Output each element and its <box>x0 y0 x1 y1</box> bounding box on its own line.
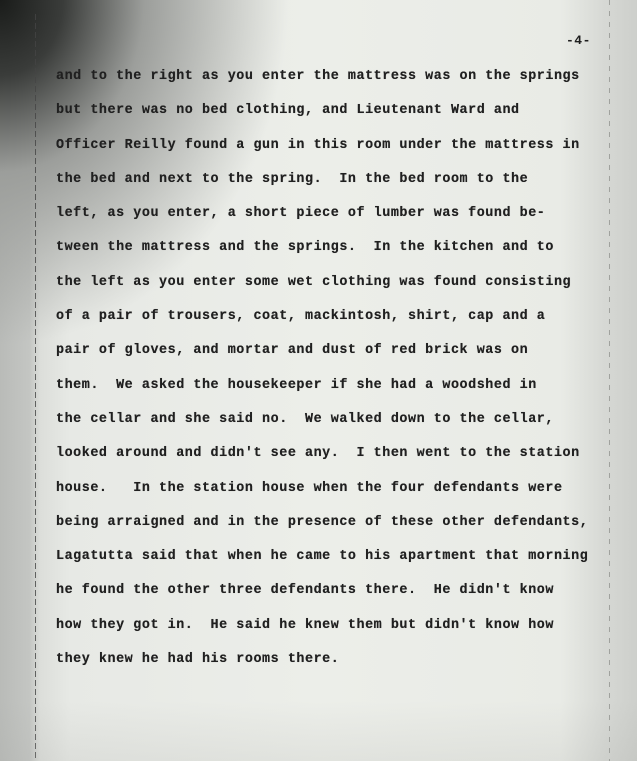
text-line: house. In the station house when the fou… <box>56 479 616 513</box>
text-line: of a pair of trousers, coat, mackintosh,… <box>56 307 616 341</box>
text-line: they knew he had his rooms there. <box>56 650 616 684</box>
text-line: the bed and next to the spring. In the b… <box>56 170 616 204</box>
text-line: he found the other three defendants ther… <box>56 581 616 615</box>
typewritten-body: and to the right as you enter the mattre… <box>56 67 616 684</box>
text-line: but there was no bed clothing, and Lieut… <box>56 101 616 135</box>
text-line: left, as you enter, a short piece of lum… <box>56 204 616 238</box>
text-line: Lagatutta said that when he came to his … <box>56 547 616 581</box>
page-number: -4- <box>566 33 591 48</box>
text-line: the cellar and she said no. We walked do… <box>56 410 616 444</box>
text-line: Officer Reilly found a gun in this room … <box>56 136 616 170</box>
scanned-document-page: -4- and to the right as you enter the ma… <box>0 0 637 761</box>
text-line: the left as you enter some wet clothing … <box>56 273 616 307</box>
text-line: how they got in. He said he knew them bu… <box>56 616 616 650</box>
left-margin-rule <box>35 14 36 761</box>
text-line: them. We asked the housekeeper if she ha… <box>56 376 616 410</box>
text-line: looked around and didn't see any. I then… <box>56 444 616 478</box>
text-line: being arraigned and in the presence of t… <box>56 513 616 547</box>
text-line: tween the mattress and the springs. In t… <box>56 238 616 272</box>
text-line: and to the right as you enter the mattre… <box>56 67 616 101</box>
text-line: pair of gloves, and mortar and dust of r… <box>56 341 616 375</box>
